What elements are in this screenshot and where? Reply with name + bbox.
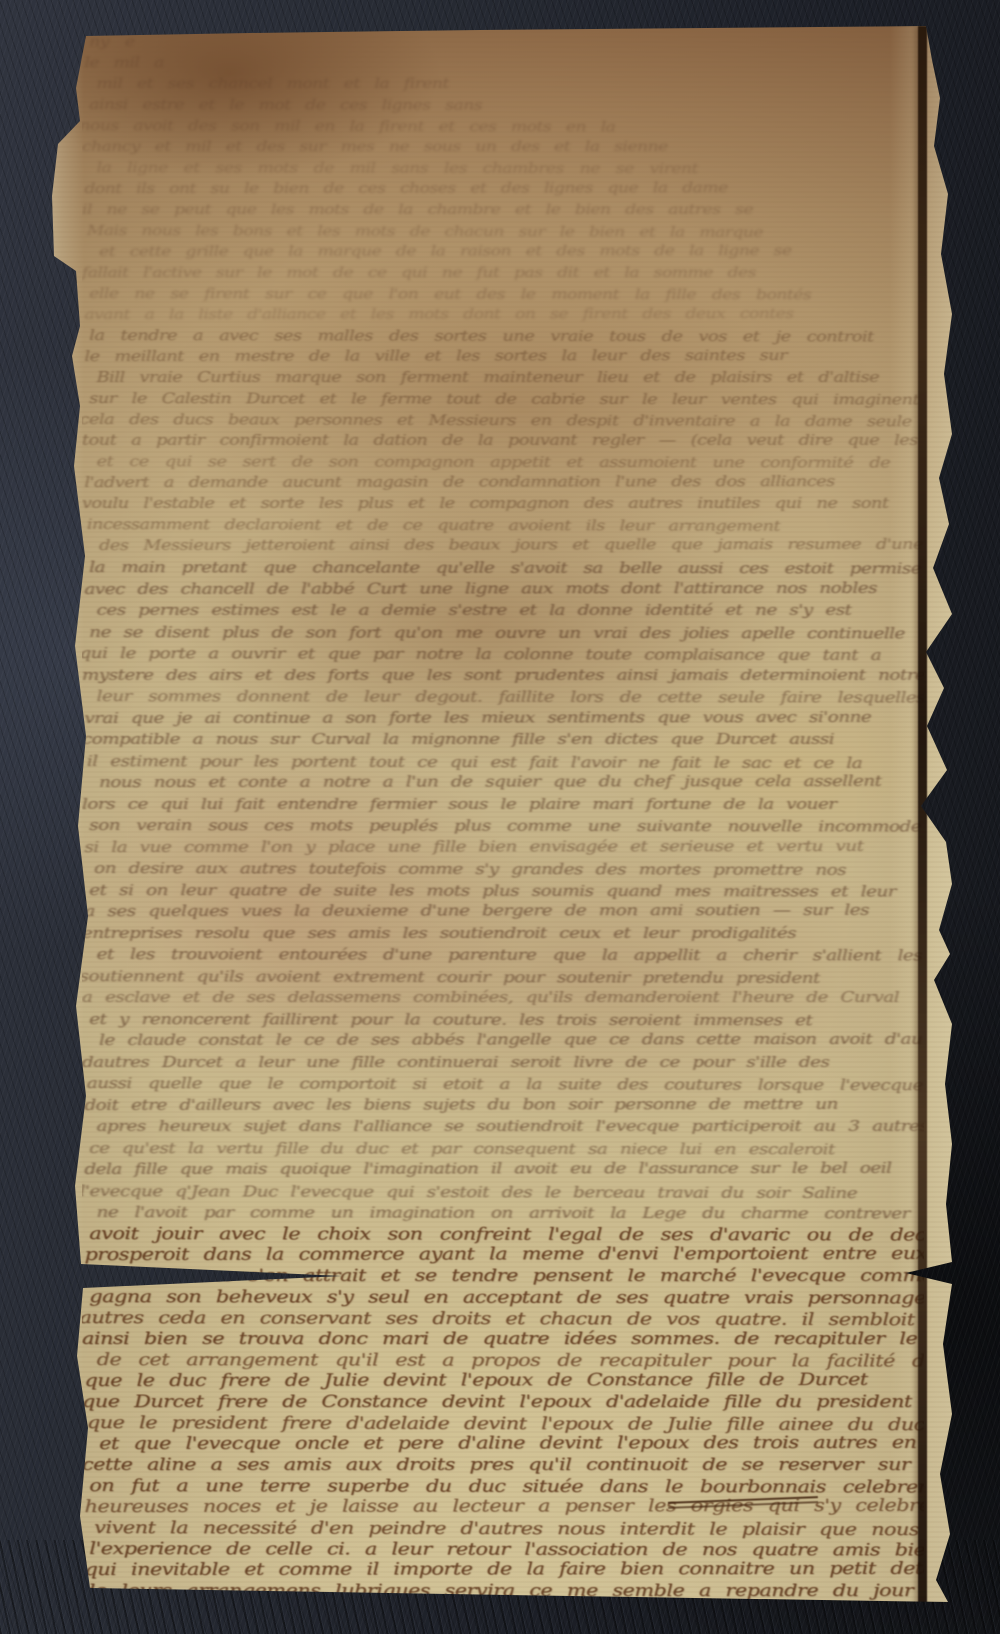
handwriting-line: a esclave et de ses delassemens combinée…: [82, 987, 924, 1009]
handwriting-line: qui inevitable et comme il importe de la…: [84, 1558, 924, 1580]
handwriting-line: dont ils ont su le bien de ces choses et…: [84, 178, 924, 200]
handwriting-line: l'advert a demande aucunt magasin de con…: [84, 472, 924, 494]
handwriting-line: avant a la liste d'alliance et les mots …: [84, 304, 924, 326]
handwriting-line: on desire aux autres toutefois comme s'y…: [94, 858, 924, 882]
handwriting-line: si la vue comme l'on y place une fille b…: [84, 835, 924, 858]
handwriting-line: ainsi estre et le mot de ces lignes sans: [89, 95, 924, 118]
handwriting-line: avoit jouir avec le choix son confreint …: [89, 1224, 924, 1247]
handwriting-line: ne l'avoit par comme un imagination on a…: [97, 1202, 924, 1225]
handwriting-line: ne se disent plus de son fort qu'on me o…: [89, 622, 924, 645]
handwriting-line: tout a partir confirmoient la dation de …: [82, 431, 924, 452]
handwriting-line: l'experience de celle ci. a leur retour …: [89, 1539, 924, 1562]
handwriting-line: l'evecque q'Jean Duc l'evecque qui s'est…: [82, 1180, 924, 1204]
handwriting-line: a ses quelques vues la deuxieme d'une be…: [84, 900, 924, 923]
handwriting-line: compatible a nous sur Curval la mignonne…: [82, 729, 924, 751]
handwriting-line: le meillant en mestre de la ville et les…: [84, 346, 924, 368]
handwriting-line: vrai que je ai continue a son forte les …: [84, 706, 924, 729]
text-section-top-faded: ny ele mil amil et ses chancel mont et l…: [82, 32, 924, 326]
handwriting-line: entreprises resolu que ses amis les sout…: [82, 923, 924, 945]
handwriting-line: qui le porte a ouvrir et que par notre l…: [82, 643, 924, 667]
handwriting-line: nous avoit des son mil en la firent et c…: [82, 116, 924, 140]
handwriting-line: voulu l'estable et sorte les plus et le …: [82, 494, 924, 515]
handwriting-line: prosperoit dans la commerce ayant la mem…: [84, 1243, 924, 1265]
text-section-upper: la tendre a avec ses malles des sortes u…: [82, 326, 924, 557]
handwriting-line: avec des chancell de l'abbé Curt une lig…: [84, 577, 924, 600]
handwriting-line: nous nous et conte a notre a l'un de squ…: [99, 771, 924, 794]
handwriting-line: le mil a: [84, 52, 924, 74]
handwriting-line: leur sommes donnent de leur degout. fail…: [97, 686, 924, 709]
handwriting-line: gagna son beheveux s'y seul en acceptant…: [89, 1287, 924, 1310]
handwriting-line: son verain sous ces mots peuplés plus co…: [89, 815, 924, 838]
manuscript-page: ny ele mil amil et ses chancel mont et l…: [50, 26, 952, 1606]
handwriting-line: il ne se peut que les mots de la chambre…: [82, 200, 924, 221]
handwriting-line: mystere des airs et des forts que les so…: [82, 665, 924, 687]
handwriting-line: autres ceda en conservant ses droits et …: [82, 1307, 924, 1331]
handwriting-line: vivent la necessité d'en peindre d'autre…: [94, 1517, 924, 1541]
handwriting-line: que le duc frere de Julie devint l'epoux…: [84, 1369, 924, 1391]
handwriting-line: que Durcet frere de Constance devint l'e…: [82, 1392, 924, 1413]
handwriting-line: fallait l'active sur le mot de ce qui ne…: [82, 263, 924, 284]
handwriting-line: des Messieurs jetteroient ainsi des beau…: [99, 535, 924, 557]
handwriting-line: et que l'evecque oncle et pere d'aline d…: [99, 1432, 924, 1454]
handwriting-line: doit etre d'ailleurs avec les biens suje…: [84, 1093, 924, 1116]
handwriting-line: le claude constat le ce de ses abbés l'a…: [99, 1029, 924, 1052]
handwriting-line: lors ce qui lui fait entendre fermier so…: [82, 794, 924, 816]
handwriting-line: chancy et mil et des sur mes ne sous un …: [82, 137, 924, 158]
photograph-frame: ny ele mil amil et ses chancel mont et l…: [0, 0, 1000, 1634]
text-section-middle: la main pretant que chancelante qu'elle …: [82, 557, 924, 1224]
handwriting-line: dautres Durcet a leur une fille continue…: [82, 1052, 924, 1074]
handwriting-line: la main pretant que chancelante qu'elle …: [89, 557, 924, 580]
handwriting-line: cette aline a ses amis aux droits pres q…: [82, 1455, 924, 1476]
handwriting-line: apres heureux sujet dans l'alliance se s…: [97, 1116, 924, 1138]
handwriting-line: dela fille que mais quoique l'imaginatio…: [84, 1158, 924, 1181]
handwriting-line: cela des ducs beaux personnes et Messieu…: [82, 410, 924, 434]
handwriting-line: Bill vraie Curtius marque son ferment ma…: [97, 368, 924, 389]
handwriting-line: ces pernes estimes est le a demie s'estr…: [97, 600, 924, 622]
handwriting-line: ainsi bien se trouva donc mari de quatre…: [82, 1329, 924, 1350]
handwriting-line: et cette grille que la marque de la rais…: [99, 241, 924, 263]
handwriting-line: et les trouvoient entourées d'une parent…: [97, 944, 924, 967]
handwriting-line: mil et ses chancel mont et la firent: [97, 74, 924, 95]
handwriting-text: ny ele mil amil et ses chancel mont et l…: [82, 32, 924, 1612]
handwriting-line: de cet arrangement qu'il est a propos de…: [97, 1350, 924, 1373]
handwriting-line: sur le Calestin Durcet et le ferme tout …: [89, 389, 924, 412]
